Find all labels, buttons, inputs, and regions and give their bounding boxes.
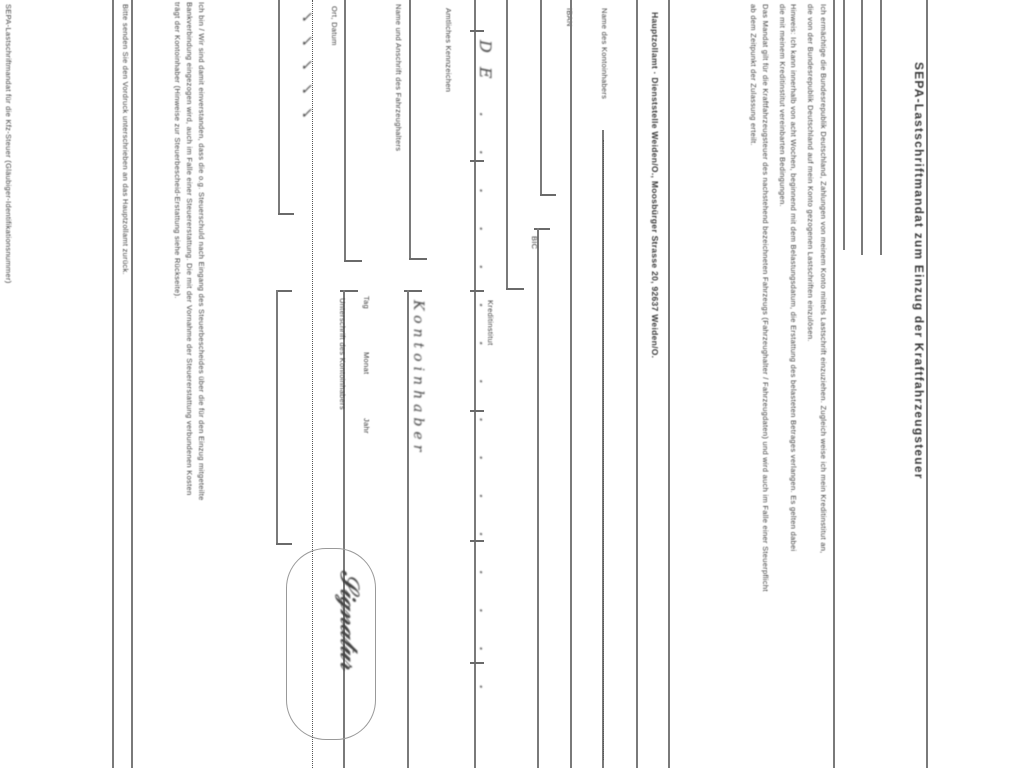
date-label-month: Monat: [362, 352, 371, 374]
field-line: [506, 0, 508, 290]
sig-box-end: [276, 543, 292, 545]
header-box-line: [861, 0, 863, 255]
field-label-bic: BIC: [530, 236, 539, 249]
frame-line: [926, 0, 928, 768]
field-line: [570, 0, 572, 768]
field-line: [344, 0, 346, 262]
field-label-signature: Unterschrift des Kontoinhabers: [338, 298, 347, 410]
signature: 𝓢𝓲𝓰𝓷𝓪𝓽𝓾𝓻: [334, 570, 364, 669]
handwritten-iban: DE . . . . . . . . . . . . . . . .: [476, 40, 495, 703]
sig-box-line: [276, 290, 278, 545]
intro-text-3: Hinweis: Ich kann innerhalb von acht Woc…: [788, 4, 798, 551]
margin-note: SEPA-Lastschriftmandat für die Kfz-Steue…: [4, 4, 13, 284]
intro-text-6: ab dem Zeitpunkt der Zulassung erteilt.: [748, 4, 758, 146]
header-box-line: [843, 0, 845, 250]
field-label-holder: Name und Anschrift des Fahrzeughalters: [394, 4, 403, 151]
date-label-year: Jahr: [362, 418, 371, 434]
intro-text-1: Ich ermächtige die Bundesrepublik Deutsc…: [818, 4, 828, 554]
footer-note: Bitte senden Sie den Vordruck unterschri…: [121, 4, 130, 275]
field-line: [409, 0, 411, 260]
field-label-account-holder: Name des Kontoinhabers: [600, 8, 609, 99]
frame-line: [833, 0, 835, 768]
field-line-end: [344, 260, 362, 262]
creditor-line: Hauptzollamt · Dienststelle Weiden/O., M…: [650, 12, 660, 358]
date-label-day: Tag: [362, 296, 371, 309]
date-box-end: [278, 213, 294, 215]
iban-box-line: [540, 0, 542, 195]
notice-text-2: Bankverbindung eingezogen wird, auch im …: [184, 2, 194, 495]
iban-box-end: [540, 194, 556, 196]
field-line-end: [409, 258, 427, 260]
dotted-entry: [603, 140, 604, 760]
iban-grid-tick: [470, 30, 484, 32]
header-box-line: [880, 0, 882, 255]
handwritten-date: ✓✓✓✓✓: [298, 10, 314, 130]
intro-text-4: die mit meinem Kreditinstitut vereinbart…: [777, 4, 787, 207]
field-line-end: [506, 288, 524, 290]
footer-box-line: [131, 0, 133, 768]
scanned-document-page: SEPA-Lastschriftmandat zum Einzug der Kr…: [0, 0, 1024, 768]
field-label-place-date: Ort, Datum: [330, 6, 339, 46]
field-label-plate: Amtliches Kennzeichen: [444, 8, 453, 92]
creditor-box-line: [668, 0, 670, 768]
notice-text-3: trägt der Kontoinhaber (Hinweise zur Ste…: [172, 2, 182, 299]
bic-box-line: [537, 228, 539, 768]
notice-text-1: Ich bin / Wir sind damit einverstanden, …: [196, 2, 206, 501]
field-line: [407, 290, 409, 768]
footer-box-line: [112, 0, 114, 768]
document-title: SEPA-Lastschriftmandat zum Einzug der Kr…: [912, 62, 926, 480]
sig-box-start: [276, 290, 292, 292]
intro-text-2: die von der Bundesrepublik Deutschland a…: [805, 4, 815, 342]
creditor-box-line: [636, 0, 638, 768]
handwritten-holder: Kontoinhaber: [410, 300, 426, 456]
intro-text-5: Das Mandat gilt für die Kraftfahrzeugste…: [760, 4, 770, 592]
date-box-line: [278, 0, 280, 215]
